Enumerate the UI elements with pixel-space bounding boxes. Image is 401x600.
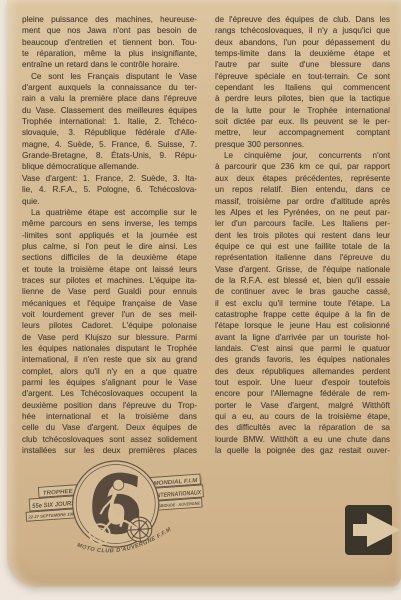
text-line: pleine puissance des machines, heureuse- [22,14,197,25]
text-line: dent les trois pilotes qui restent dans … [215,230,390,241]
text-line: de la R.F.A. est blessé et, bien qu'il e… [215,275,390,286]
text-line: voit lourdement grever l'un de ses meil- [22,309,197,320]
text-line: massif, troisième par ordre d'altitude a… [215,196,390,207]
text-line: de la lutte pour le Trophée internationa… [215,105,390,116]
text-line: Le cinquième jour, concurrents n'ont [215,150,390,161]
text-line: un repos relatif. Bien entendu, dans ce [215,184,390,195]
text-line: quie. [22,196,197,207]
text-line: avant la ligne d'arrivée par un touriste… [215,332,390,343]
text-line: rangs tchécoslovaques, il n'y a jusqu'ic… [215,25,390,36]
text-line: magne, 4. Suède, 5. France, 6. Suisse, 7… [22,139,197,150]
text-line: celle du Vase d'argent. Deux équipes de [22,422,197,433]
text-line: tout espoir. Une lueur d'espoir toutefoi… [215,377,390,388]
text-line: Grande-Bretagne, 8. États-Unis, 9. Répu- [22,150,197,161]
text-line: aux deux étapes précédentes, représente [215,173,390,184]
text-line: landais. C'est ainsi que parmi le quatuo… [215,343,390,354]
text-line: sections difficiles de la deuxième étape [22,252,197,263]
next-arrow-icon [336,505,401,557]
text-line: lie, 4. R.F.A., 5. Pologne, 6. Tchécoslo… [22,184,197,195]
text-line: des grands favoris, les équipes national… [215,354,390,365]
text-line: leurs pilotes Cadoret. L'équipe polonais… [22,320,197,331]
text-line: parmi les équipes s'alignant pour le Vas… [22,377,197,388]
text-line: de continuer avec le bras gauche cassé, [215,286,390,297]
text-line: cependant les Italiens qui commencent [215,82,390,93]
text-line: l'autre par suite d'une blessure dans [215,59,390,70]
text-line: représentation italienne dans l'épreuve … [215,252,390,263]
text-line: des difficultés avec la réparation de sa [215,422,390,433]
text-line: te réparation, même la plus insignifiant… [22,48,197,59]
text-line: La quatrième étape est accomplie sur le [22,207,197,218]
text-line: complet, alors qu'il n'y en a que quatre [22,366,197,377]
text-line: encore pour l'Allemagne fédérale de rem- [215,388,390,399]
text-line: les Alpes et les Pyrénées, on ne peut pa… [215,207,390,218]
event-stamp-logo: TROPHEE 55e SIX JOURS 22-27 SEPTEMBRE 19… [22,456,210,562]
text-line: slovaquie, 3. République fédérale d'Alle… [22,127,197,138]
text-line: l'épreuve spéciale en tout-terrain. Ce s… [215,71,390,82]
text-line: l'étape lorsque le jeune Hau est colisio… [215,320,390,331]
text-line: club tchécoslovaques sont assez solideme… [22,434,197,445]
text-line: Vase d'argent. Grisse, de l'équipe natio… [215,264,390,275]
text-line: -limites sont appliqués et la journée es… [22,230,197,241]
text-line: Trophée international: 1. Italie, 2. Tch… [22,116,197,127]
text-line: beaucoup d'entretien et tiennent bon. To… [22,37,197,48]
text-line: ment que nos Jawa n'ont pas besoin de [22,25,197,36]
text-line: deux abandons, l'un pour dépassement du [215,37,390,48]
text-line: entraîne un retard dans le contrôle hora… [22,59,197,70]
text-line: même parcours en sens inverse, les temps [22,218,197,229]
text-line: lourde BMW. Witthöft a eu une chute dans [215,434,390,445]
text-line: catastrophe frappe cette équipe à la fin… [215,309,390,320]
text-line: temps-limite dans la deuxième étape et [215,48,390,59]
text-line: Vase d'argent: 1. France, 2. Suède, 3. I… [22,173,197,184]
text-line: blique démocratique allemande. [22,161,197,172]
text-line: deuxième position dans l'épreuve du Trop… [22,400,197,411]
text-line: qui a eu, au cours de la troisième étape… [215,411,390,422]
text-line: traces sur pilotes et machines. L'équipe… [22,275,197,286]
text-line: soit dictée par eux. Ils peuvent se le p… [215,116,390,127]
text-line: rain a valu la première place dans l'épr… [22,93,197,104]
text-line: de Vase perd Klujszo sur blessure. Parmi [22,332,197,343]
text-line: à perdre leurs pilotes, bien que la tact… [215,93,390,104]
text-line: presque 300 personnes. [215,139,390,150]
text-line: ler d'un parcours facile. Les Italiens p… [215,218,390,229]
text-line: d'argent auxquels la connaissance du ter… [22,82,197,93]
text-line: hée international et la troisième dans [22,411,197,422]
text-line: porter le Vase d'argent, malgré Witthöft [215,400,390,411]
text-line: lienne de Vase perd Gualdi pour ennuis [22,286,197,297]
page: pleine puissance des machines, heureuse-… [7,0,401,587]
text-line: à parcourir que 236 km ce qui, par rappo… [215,161,390,172]
text-line: d'argent. Les Tchécoslovaques occupent l… [22,388,197,399]
text-line: équipe ce qui est une faillite totale de… [215,241,390,252]
text-line: il est exclu qu'il termine toute l'étape… [215,298,390,309]
text-line: mettre, leur accompagnement comptant [215,127,390,138]
text-line: du Vase. Classement des meilleures équip… [22,105,197,116]
text-line: des deux républiques allemandes perdent [215,366,390,377]
text-line: installées sur les deux premières places [22,445,197,456]
text-line: mécaniques et l'équipe française de Vase [22,298,197,309]
text-line: Ce sont les Français disputant le Vase [22,71,197,82]
scan-background: { "scan": { "backing_color": "#efe6dd", … [0,0,401,600]
article-column-left: pleine puissance des machines, heureuse-… [22,14,197,456]
text-line: et toute la troisième étape ont laissé l… [22,264,197,275]
text-line: international, il n'en reste que six au … [22,354,197,365]
text-line: la quelle la poignée des gaz restait ouv… [215,445,390,456]
article-column-right: de l'épreuve des équipes de club. Dans l… [215,14,390,456]
text-line: plus calme, si l'on peut le dire ainsi. … [22,241,197,252]
stamp-left-ribbon: TROPHEE 55e SIX JOURS 22-27 SEPTEMBRE 19… [24,485,79,522]
text-line: les équipes nationales disputant le Trop… [22,343,197,354]
text-line: de l'épreuve des équipes de club. Dans l… [215,14,390,25]
